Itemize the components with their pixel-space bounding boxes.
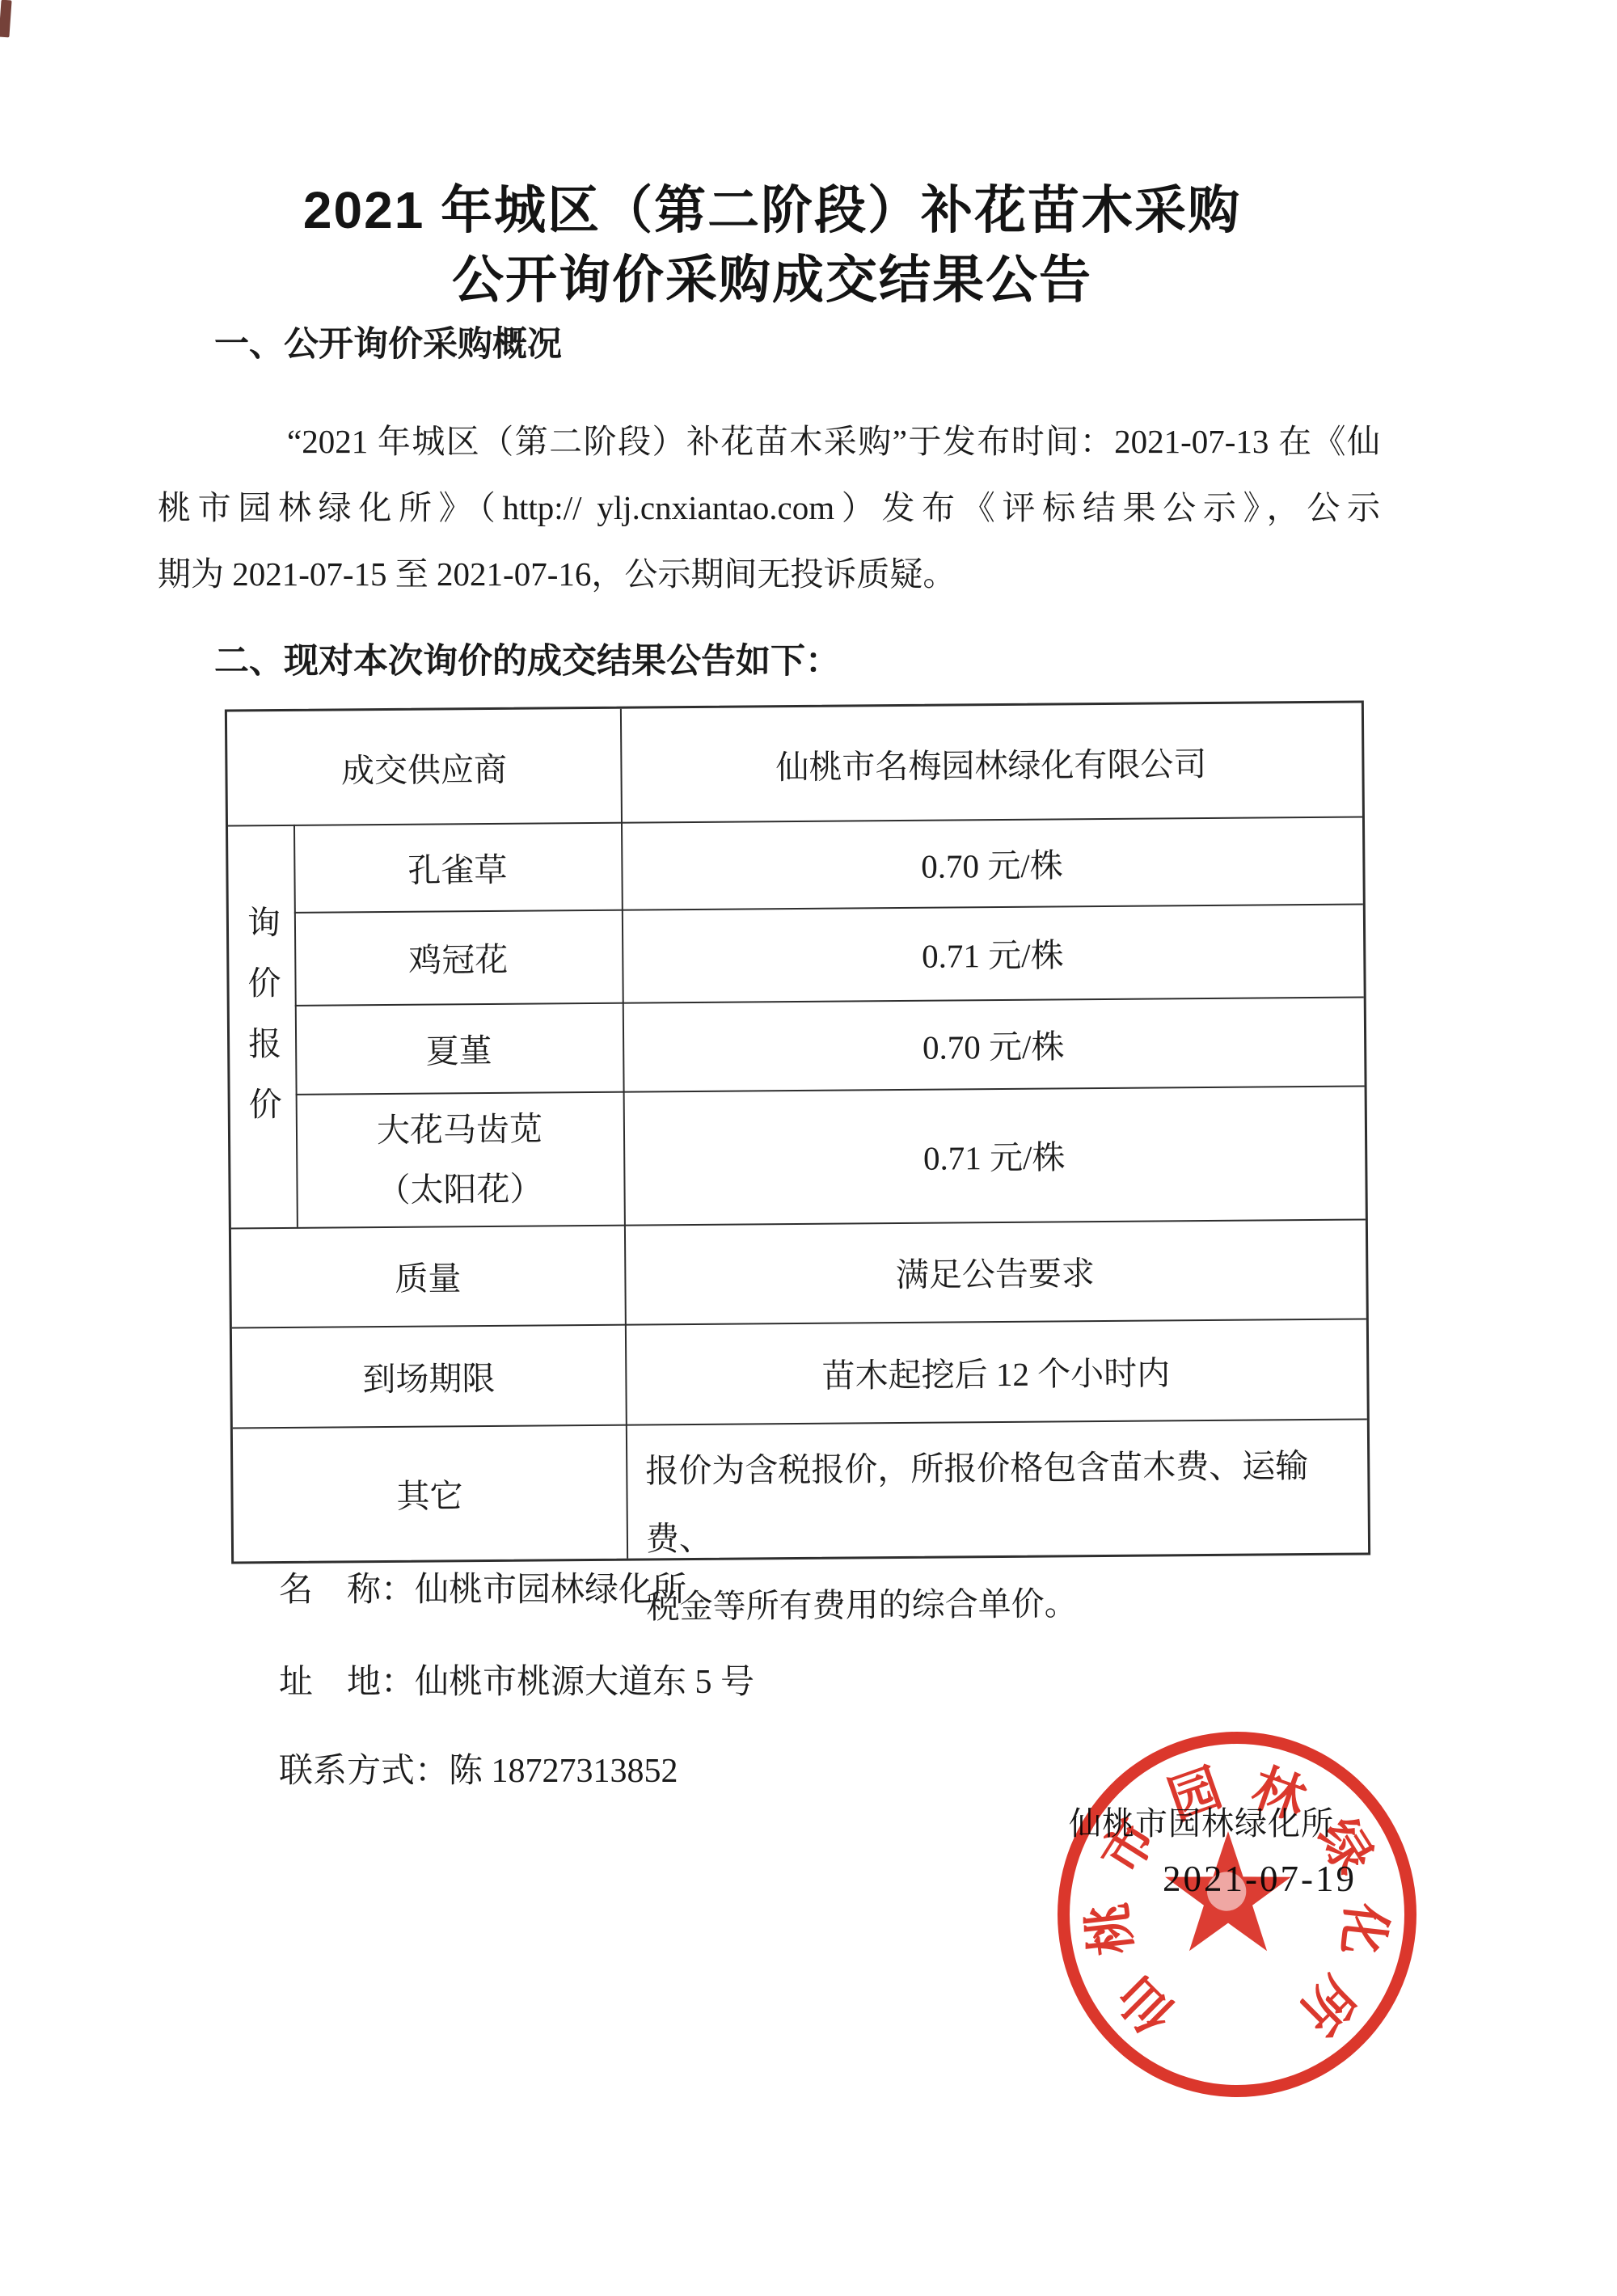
quality-value-cell: 满足公告要求 bbox=[624, 1218, 1366, 1323]
quote-item-cell: 鸡冠花 bbox=[294, 910, 623, 1005]
other-value-line1: 报价为含税报价，所报价格包含苗木费、运输费、 bbox=[645, 1432, 1357, 1573]
other-value-line2: 税金等所有费用的综合单价。 bbox=[646, 1569, 1078, 1640]
arrival-value-cell: 苗木起挖后 12 个小时内 bbox=[625, 1318, 1367, 1424]
quality-label-cell: 质量 bbox=[231, 1225, 625, 1327]
page-title-line1: 2021 年城区（第二阶段）补花苗木采购 bbox=[0, 178, 1544, 243]
para-line-1: “2021 年城区（第二阶段）补花苗木采购”于发布时间：2021-07-13 在… bbox=[158, 419, 1380, 464]
para-line-3: 期为 2021-07-15 至 2021-07-16，公示期间无投诉质疑。 bbox=[158, 551, 1380, 597]
page-title-line2: 公开询价采购成交结果公告 bbox=[0, 247, 1544, 312]
quote-group-label-cell: 询价报价 bbox=[228, 825, 297, 1228]
org-contact-line: 联系方式：陈 18727313852 bbox=[279, 1750, 678, 1792]
arrival-label-cell: 到场期限 bbox=[232, 1324, 626, 1428]
other-label-cell: 其它 bbox=[233, 1424, 627, 1562]
other-value-cell: 报价为含税报价，所报价格包含苗木费、运输费、 税金等所有费用的综合单价。 bbox=[626, 1419, 1357, 1559]
stamp-overlay-date: 2021-07-19 bbox=[1163, 1858, 1357, 1900]
stamp-arc-char: 桃 bbox=[1082, 1900, 1139, 1957]
quote-price-cell: 0.71 元/株 bbox=[622, 903, 1364, 1002]
supplier-label-cell: 成交供应商 bbox=[227, 709, 621, 825]
scan-corner-mark bbox=[0, 0, 12, 37]
stamp-overlay-org-text: 仙桃市园林绿化所 bbox=[1069, 1798, 1334, 1844]
quote-item-line1: 大花马齿苋 bbox=[377, 1099, 543, 1160]
org-name-line: 名 称：仙桃市园林绿化所 bbox=[279, 1569, 686, 1611]
quote-item-cell: 夏堇 bbox=[295, 1002, 623, 1094]
quote-item-line2: （太阳花） bbox=[377, 1159, 543, 1220]
quote-price-cell: 0.70 元/株 bbox=[623, 996, 1365, 1091]
section1-heading: 一、公开询价采购概况 bbox=[214, 323, 562, 365]
stamp-arc-char: 化 bbox=[1336, 1900, 1393, 1957]
quote-price-cell: 0.71 元/株 bbox=[623, 1085, 1366, 1224]
result-table: 成交供应商 仙桃市名梅园林绿化有限公司 询价报价 孔雀草 0.70 元/株 鸡冠… bbox=[225, 700, 1370, 1564]
supplier-value-cell: 仙桃市名梅园林绿化有限公司 bbox=[620, 703, 1362, 822]
official-stamp: 仙桃市园林绿化所 bbox=[1058, 1732, 1416, 2097]
section2-heading: 二、现对本次询价的成交结果公告如下： bbox=[214, 640, 840, 682]
quote-price-cell: 0.70 元/株 bbox=[621, 817, 1363, 910]
quote-item-cell: 大花马齿苋 （太阳花） bbox=[296, 1091, 624, 1227]
quote-item-cell: 孔雀草 bbox=[293, 822, 622, 912]
org-address-line: 址 地：仙桃市桃源大道东 5 号 bbox=[279, 1661, 754, 1703]
para-line-2: 桃市园林绿化所》（http:// ylj.cnxiantao.com）发布《评标… bbox=[158, 485, 1380, 530]
document-page: 2021 年城区（第二阶段）补花苗木采购 公开询价采购成交结果公告 一、公开询价… bbox=[0, 0, 1617, 2296]
